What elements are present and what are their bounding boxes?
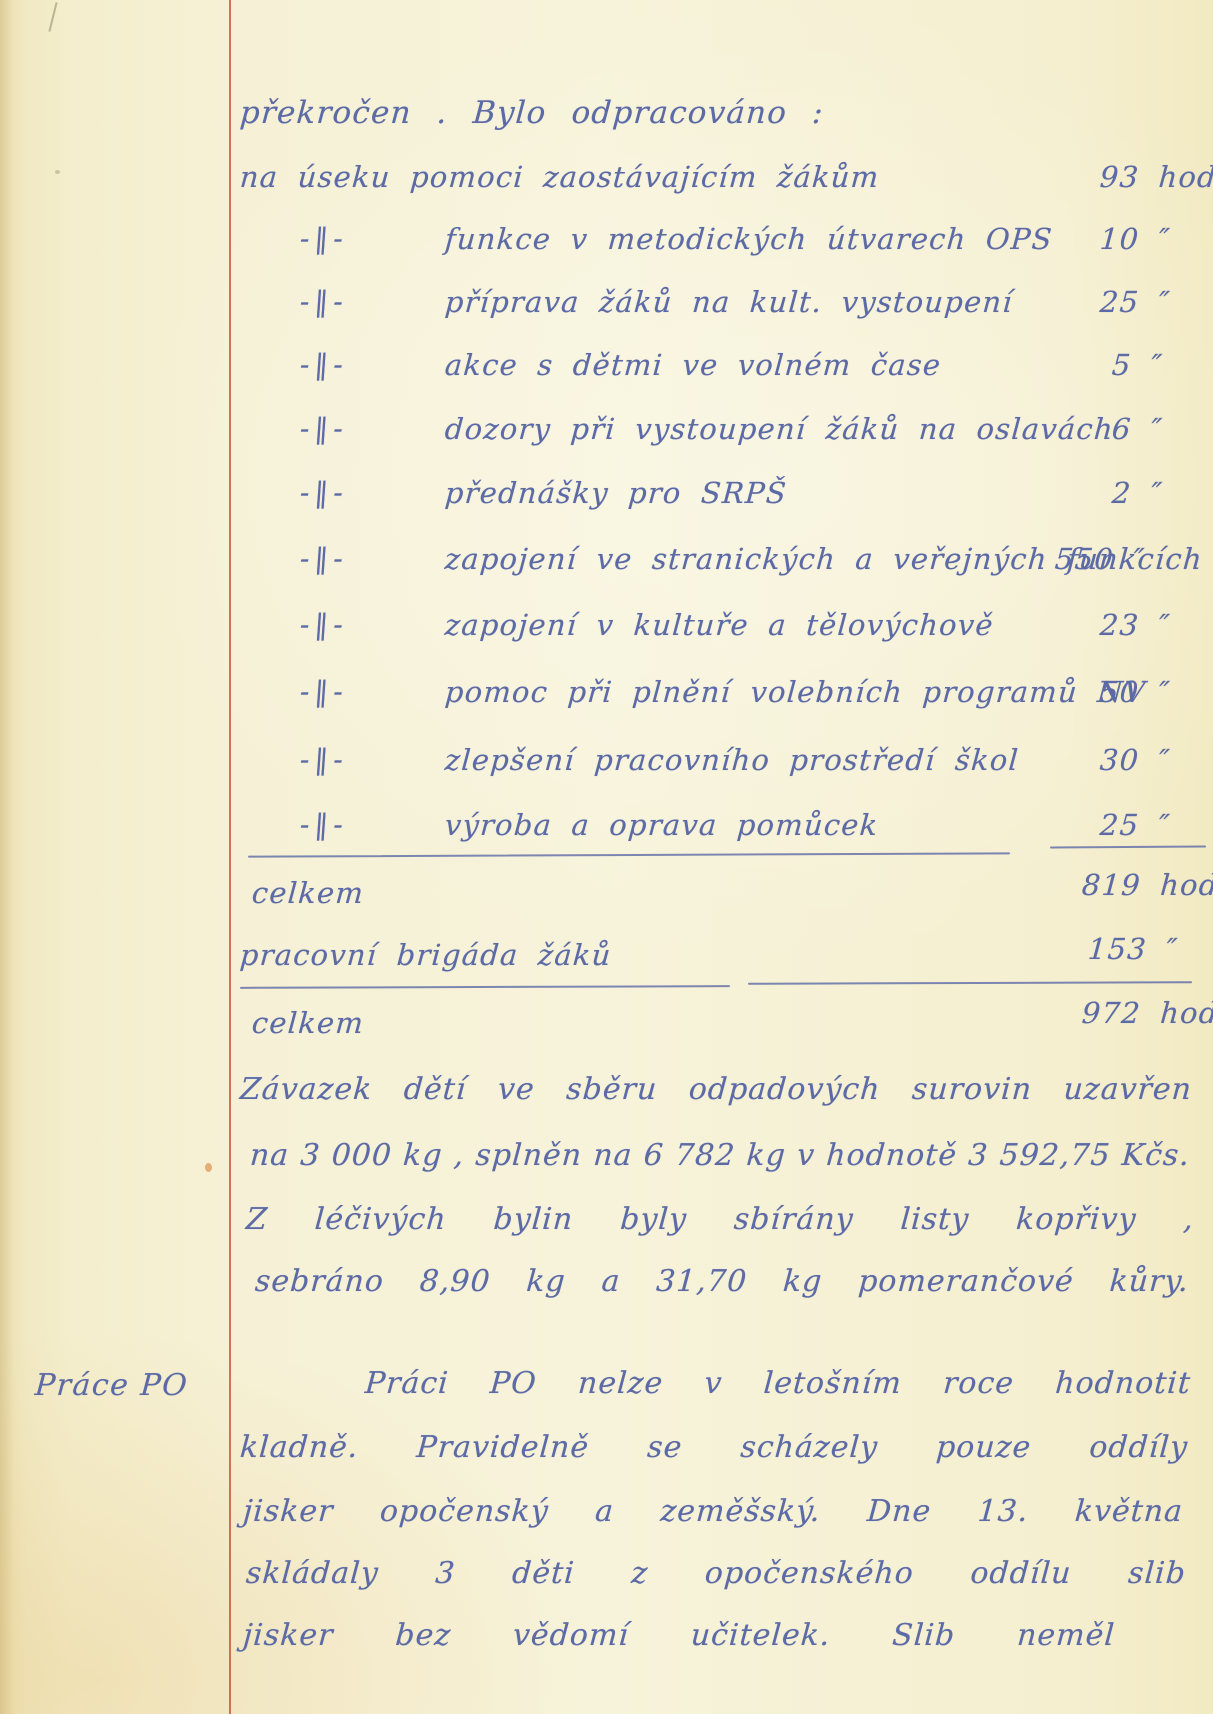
- work-row-label: funkce v metodických útvarech OPS: [444, 222, 1054, 256]
- work-row: -‖- přednášky pro SRPŠ 2 ″: [0, 476, 1213, 520]
- work-row-value: 5 ″: [1111, 348, 1164, 382]
- paragraph-line: Z léčivých bylin byly sbírány listy kopř…: [245, 1202, 1195, 1237]
- total-row-teachers: celkem 819 hod.: [0, 876, 1213, 920]
- total-label: celkem: [251, 876, 366, 910]
- paragraph-line: Závazek dětí ve sběru odpadových surovin…: [239, 1072, 1193, 1107]
- work-row: -‖- výroba a oprava pomůcek 25 ″: [0, 808, 1213, 852]
- paper-speck: [205, 1163, 212, 1172]
- sum-underline: [248, 852, 1010, 857]
- work-row: -‖- zlepšení pracovního prostředí škol 3…: [0, 743, 1213, 787]
- ditto-mark: -‖-: [299, 608, 349, 641]
- total-value: 819 hod.: [1081, 868, 1213, 902]
- work-row-value: 6 ″: [1111, 412, 1164, 446]
- work-row-value: 2 ″: [1111, 476, 1164, 510]
- ditto-mark: -‖-: [299, 285, 349, 318]
- work-row-value: 25 ″: [1099, 808, 1172, 842]
- ditto-mark: -‖-: [299, 412, 349, 445]
- paragraph-line: jisker opočenský a zeměšský. Dne 13. kvě…: [242, 1494, 1184, 1529]
- total-row-overall: celkem 972 hod.: [0, 1006, 1213, 1050]
- paragraph-line: Práci PO nelze v letošním roce hodnotit: [364, 1366, 1192, 1401]
- work-row: -‖- zapojení v kultuře a tělovýchově 23 …: [0, 608, 1213, 652]
- work-row-label: akce s dětmi ve volném čase: [444, 348, 943, 382]
- ditto-mark: -‖-: [299, 675, 349, 708]
- work-row-first: na úseku pomoci zaostávajícím žákům 93 h…: [0, 160, 1213, 204]
- sum-underline: [748, 981, 1192, 985]
- brigade-label: pracovní brigáda žáků: [239, 938, 613, 972]
- sum-underline: [240, 985, 730, 989]
- work-row-label: výroba a oprava pomůcek: [444, 808, 880, 842]
- ditto-mark: -‖-: [299, 743, 349, 776]
- work-row: -‖- pomoc při plnění volebních programů …: [0, 675, 1213, 719]
- ditto-mark: -‖-: [299, 542, 349, 575]
- work-row-label: zlepšení pracovního prostředí škol: [444, 743, 1020, 777]
- intro-line: překročen . Bylo odpracováno :: [239, 95, 825, 131]
- brigade-row: pracovní brigáda žáků 153 ″: [0, 938, 1213, 982]
- chronicle-page: překročen . Bylo odpracováno : na úseku …: [0, 0, 1213, 1714]
- work-row-value: 30 ″: [1099, 743, 1172, 777]
- margin-note: Práce PO: [34, 1368, 190, 1403]
- work-row-label: zapojení v kultuře a tělovýchově: [444, 608, 995, 642]
- work-row: -‖- akce s dětmi ve volném čase 5 ″: [0, 348, 1213, 392]
- ditto-mark: -‖-: [299, 808, 349, 841]
- paragraph-line: jisker bez vědomí učitelek. Slib neměl: [242, 1618, 1116, 1653]
- work-row: -‖- dozory při vystoupení žáků na oslavá…: [0, 412, 1213, 456]
- work-row-label: pomoc při plnění volebních programů NV: [444, 675, 1147, 709]
- corner-crease-mark: [48, 2, 57, 32]
- work-row-value: 50 ″: [1099, 675, 1172, 709]
- brigade-value: 153 ″: [1087, 932, 1180, 966]
- work-row: -‖- příprava žáků na kult. vystoupení 25…: [0, 285, 1213, 329]
- paragraph-line: sebráno 8,90 kg a 31,70 kg pomerančové k…: [254, 1264, 1190, 1299]
- work-row-label: příprava žáků na kult. vystoupení: [444, 285, 1014, 319]
- work-row-label: na úseku pomoci zaostávajícím žákům: [239, 160, 881, 194]
- work-row-value: 93 hod.: [1099, 160, 1213, 194]
- work-row-value: 10 ″: [1099, 222, 1172, 256]
- paragraph-line: kladně. Pravidelně se scházely pouze odd…: [239, 1430, 1189, 1465]
- paragraph-line: na 3 000 kg , splněn na 6 782 kg v hodno…: [249, 1138, 1191, 1173]
- total-label: celkem: [251, 1006, 366, 1040]
- work-row-label: dozory při vystoupení žáků na oslavách: [444, 412, 1115, 446]
- paragraph-line: skládaly 3 děti z opočenského oddílu sli…: [245, 1556, 1187, 1591]
- ditto-mark: -‖-: [299, 222, 349, 255]
- work-row-value: 25 ″: [1099, 285, 1172, 319]
- work-row-label: přednášky pro SRPŠ: [444, 476, 788, 510]
- work-row-value: 550 ″: [1054, 542, 1147, 576]
- ditto-mark: -‖-: [299, 348, 349, 381]
- work-row: -‖- zapojení ve stranických a veřejných …: [0, 542, 1213, 586]
- ditto-mark: -‖-: [299, 476, 349, 509]
- work-row-value: 23 ″: [1099, 608, 1172, 642]
- work-row: -‖- funkce v metodických útvarech OPS 10…: [0, 222, 1213, 266]
- total-value: 972 hod.: [1081, 996, 1213, 1030]
